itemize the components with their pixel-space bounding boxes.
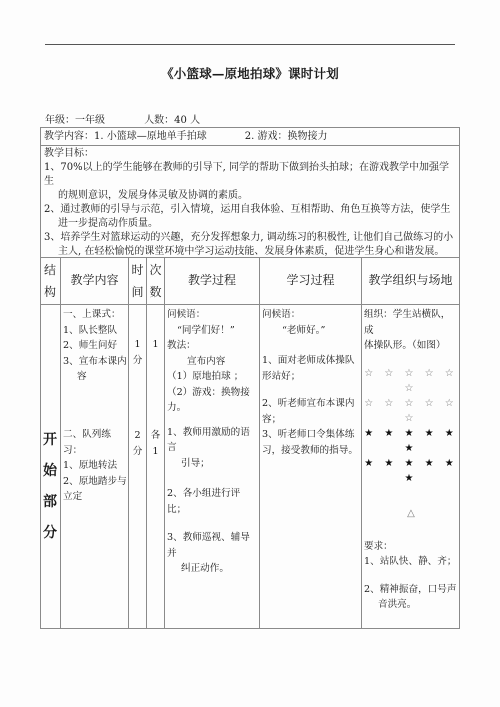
time-part1: 1 分 — [129, 337, 146, 368]
learning-step-1: 1、面对老师成体操队 — [262, 353, 360, 369]
learning-step-2b: 容； — [262, 412, 360, 428]
table-border-top — [40, 127, 460, 128]
goal-3: 3、培养学生对篮球运动的兴趣，充分发挥想象力, 调动练习的积极性, 让他们自己做… — [44, 231, 458, 245]
star-outline-icon: ☆ ☆ ☆ ☆ ☆ ☆ — [364, 396, 458, 426]
structure-char: 开 — [40, 425, 60, 456]
org-line-2: 体操队形。（如图） — [364, 338, 458, 354]
count-part2: 各 1 — [147, 428, 164, 459]
teaching-step-3b: 纠正动作。 — [167, 561, 259, 577]
learning-greeting-label: 问候语： — [262, 307, 360, 323]
organization: 组织：学生站横队，成 体操队形。（如图） ☆ ☆ ☆ ☆ ☆ ☆ ☆ ☆ ☆ ☆… — [364, 307, 458, 613]
content-line: 3、宣布本课内 — [63, 354, 128, 370]
table-border-bottom — [40, 628, 460, 629]
content-line: 1、队长整队 — [63, 323, 128, 339]
document-title: 《小篮球—原地拍球》课时计划 — [0, 64, 500, 82]
teaching-greeting-label: 问候语： — [167, 307, 259, 323]
col-divider — [60, 257, 61, 629]
table-border-right — [459, 127, 460, 629]
header-rule — [45, 44, 455, 45]
learning-greeting: “老师好。” — [262, 323, 360, 339]
learning-process: 问候语： “老师好。” 1、面对老师成体操队 形站好； 2、听老师宣布本课内 容… — [262, 307, 360, 458]
col-divider — [259, 257, 260, 629]
content-line: 容 — [63, 369, 128, 385]
time-unit: 分 — [129, 353, 146, 369]
goal-2: 2、通过教师的引导与示范，引入情境，运用自我体验、互相帮助、角色互换等方法，使学… — [44, 203, 458, 217]
goals-label: 教学目标： — [44, 147, 458, 161]
content-line: 1、原地转法 — [63, 458, 128, 474]
time-value: 1 — [129, 337, 146, 353]
req-2b: 音洪亮。 — [364, 597, 458, 613]
goal-2-cont: 进一步提高动作质量。 — [44, 217, 458, 231]
teaching-step-1: 1、教师用激励的语言 — [167, 425, 259, 456]
row-divider — [40, 304, 460, 305]
goal-1-cont: 的规则意识，发展身体灵敏及协调的素质。 — [44, 189, 458, 203]
count-value: 1 — [147, 337, 164, 353]
teaching-step-1b: 引导； — [167, 456, 259, 472]
teaching-announce: 宣布内容 — [167, 354, 259, 370]
star-filled-icon: ★ ★ ★ ★ ★ ★ — [364, 426, 458, 456]
header-time-char: 时 — [131, 259, 143, 281]
section-structure: 开 始 部 分 — [40, 425, 60, 549]
content-line: 2、师生问好 — [63, 338, 128, 354]
content-line: 2、原地踏步与 — [63, 474, 128, 490]
content-line: 二、队列练习： — [63, 427, 128, 458]
req-label: 要求： — [364, 539, 458, 555]
triangle-icon: △ — [364, 506, 458, 521]
teaching-step-2: 2、各小组进行评比； — [167, 486, 259, 517]
formation-diagram: ☆ ☆ ☆ ☆ ☆ ☆ ☆ ☆ ☆ ☆ ☆ ☆ ★ ★ ★ ★ ★ ★ ★ ★ … — [364, 366, 458, 521]
table-border-left — [40, 127, 41, 629]
structure-char: 分 — [40, 518, 60, 549]
section-content-part2: 二、队列练习： 1、原地转法 2、原地踏步与 立定 — [63, 427, 128, 505]
time-unit: 分 — [129, 444, 146, 460]
header-structure: 结 构 — [40, 258, 60, 304]
content-item-2: 2. 游戏：换物接力 — [245, 131, 328, 142]
row-divider — [40, 145, 460, 146]
goal-1: 1、70%以上的学生能够在教师的引导下, 同学的帮助下做到抬头拍球；在游戏教学中… — [44, 161, 458, 189]
learning-step-1b: 形站好； — [262, 369, 360, 385]
teaching-item-1: （1）原地拍球 ； — [167, 369, 259, 385]
header-time-char: 间 — [131, 281, 143, 303]
req-2: 2、精神振奋，口号声 — [364, 582, 458, 598]
teaching-goals: 教学目标： 1、70%以上的学生能够在教师的引导下, 同学的帮助下做到抬头拍球；… — [44, 147, 458, 259]
header-time: 时 间 — [129, 258, 146, 304]
meta-line: 年级：一年级 人数：40 人 — [45, 111, 200, 126]
header-teaching-process: 教学过程 — [165, 258, 259, 304]
col-divider — [164, 257, 165, 629]
teaching-content-row: 教学内容：1. 小篮球—原地单手拍球2. 游戏：换物接力 — [44, 129, 327, 145]
header-content: 教学内容 — [61, 258, 128, 304]
header-count-char: 数 — [149, 281, 161, 303]
content-line: 立定 — [63, 489, 128, 505]
goal-3-cont: 主人, 在轻松愉悦的课堂环境中学习运动技能、发展身体素质，促进学生身心和谐发展。 — [44, 245, 458, 259]
header-learning-process: 学习过程 — [260, 258, 361, 304]
learning-step-2: 2、听老师宣布本课内 — [262, 396, 360, 412]
time-part2: 2 分 — [129, 428, 146, 459]
count-value: 1 — [147, 444, 164, 460]
org-line-1: 组织：学生站横队，成 — [364, 307, 458, 338]
section-content-part1: 一、上课式： 1、队长整队 2、师生问好 3、宣布本课内 容 — [63, 307, 128, 385]
learning-step-3b: 习，接受教师的指导。 — [262, 443, 360, 459]
header-count: 次 数 — [147, 258, 164, 304]
teaching-item-2: （2）游戏：换物接力。 — [167, 385, 259, 416]
header-structure-char: 构 — [44, 281, 56, 303]
teaching-process: 问候语： “同学们好！” 教法： 宣布内容 （1）原地拍球 ； （2）游戏：换物… — [167, 307, 259, 577]
star-filled-icon: ★ ★ ★ ★ ★ ★ — [364, 456, 458, 486]
header-count-char: 次 — [149, 259, 161, 281]
count-value: 各 — [147, 428, 164, 444]
time-value: 2 — [129, 428, 146, 444]
teaching-step-3: 3、教师巡视、辅导并 — [167, 530, 259, 561]
star-outline-icon: ☆ ☆ ☆ ☆ ☆ ☆ — [364, 366, 458, 396]
teaching-method-label: 教法： — [167, 338, 259, 354]
structure-char: 部 — [40, 487, 60, 518]
teaching-greeting: “同学们好！” — [167, 323, 259, 339]
grade-label: 年级：一年级 — [45, 111, 141, 126]
learning-step-3: 3、听老师口令集体练 — [262, 427, 360, 443]
content-item-1: 1. 小篮球—原地单手拍球 — [94, 131, 207, 142]
count-label: 人数：40 人 — [144, 111, 200, 126]
count-part1: 1 — [147, 337, 164, 353]
content-label: 教学内容： — [44, 131, 94, 142]
lesson-plan-table: 教学内容：1. 小篮球—原地单手拍球2. 游戏：换物接力 教学目标： 1、70%… — [40, 127, 460, 629]
header-structure-char: 结 — [44, 259, 56, 281]
header-organization: 教学组织与场地 — [362, 258, 459, 304]
structure-char: 始 — [40, 456, 60, 487]
content-line: 一、上课式： — [63, 307, 128, 323]
req-1: 1、站队快、静、齐； — [364, 554, 458, 570]
col-divider — [361, 257, 362, 629]
